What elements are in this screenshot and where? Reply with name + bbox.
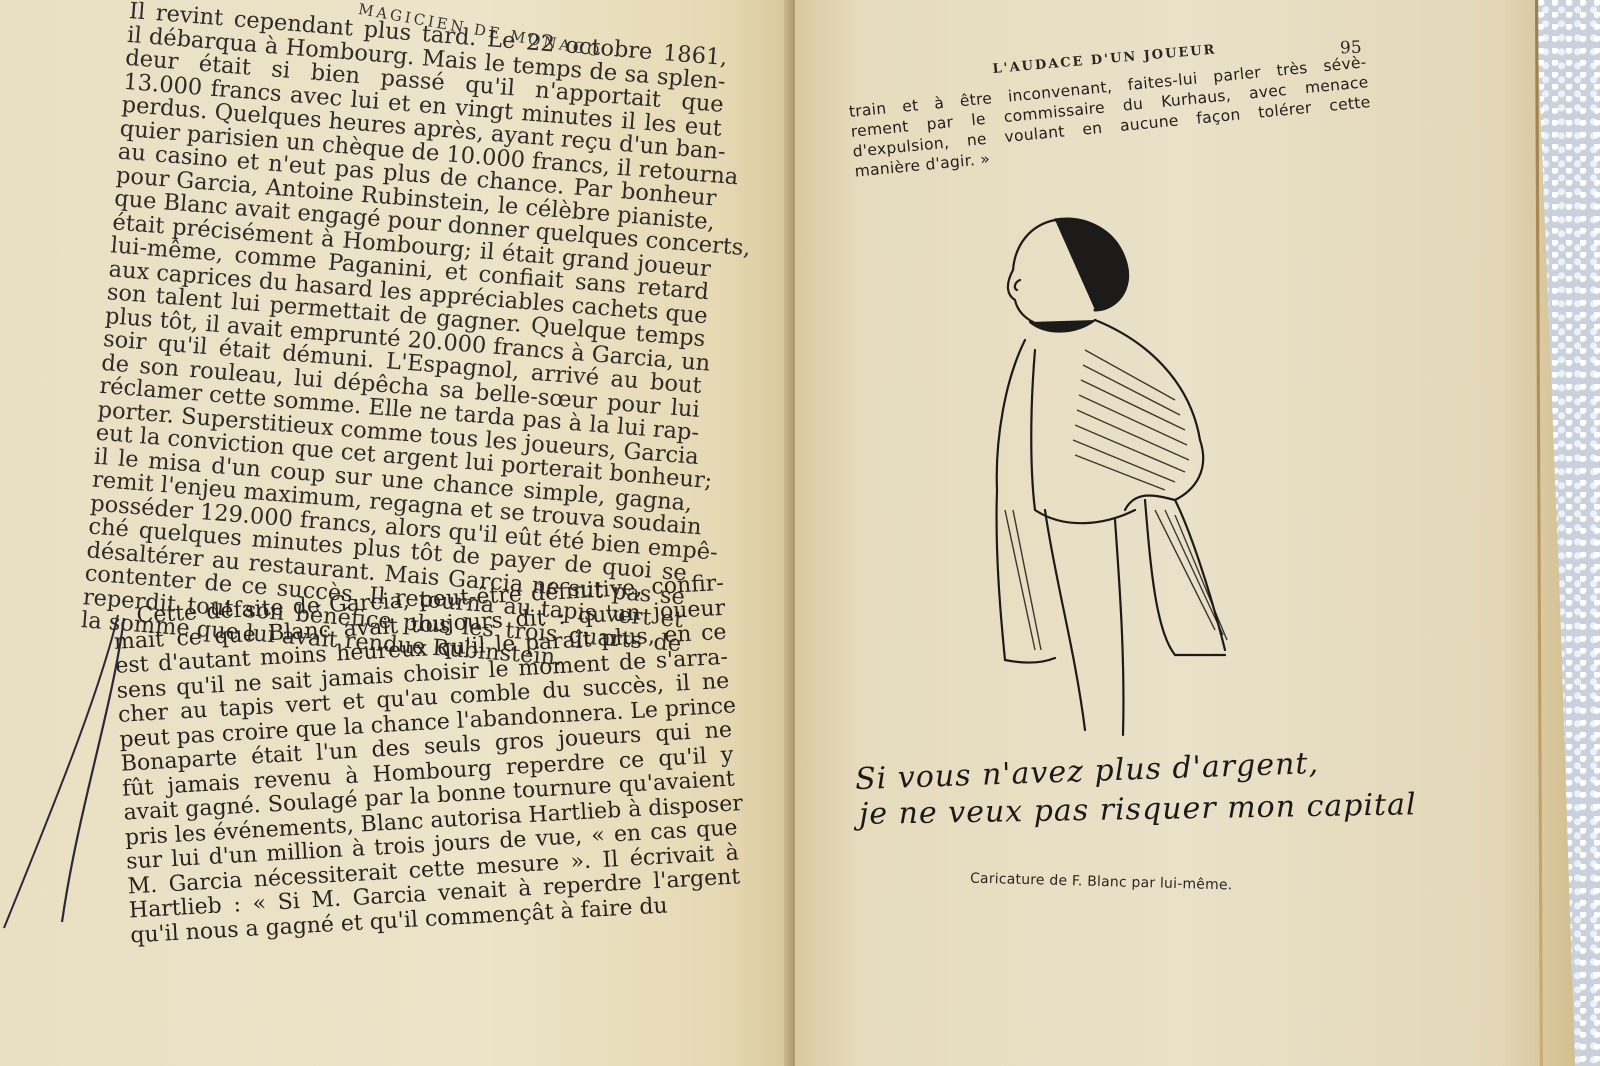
left-page: MAGICIEN DE MONACO Il revint cependant p… xyxy=(0,0,800,1066)
caricature-figure-icon xyxy=(975,210,1255,740)
left-page-lower-paragraph: Cette défaite de Garcia, peut-être défin… xyxy=(112,572,742,949)
handwritten-caption: Si vous n'avez plus d'argent, je ne veux… xyxy=(855,750,1435,830)
pen-margin-mark-icon xyxy=(0,610,140,940)
